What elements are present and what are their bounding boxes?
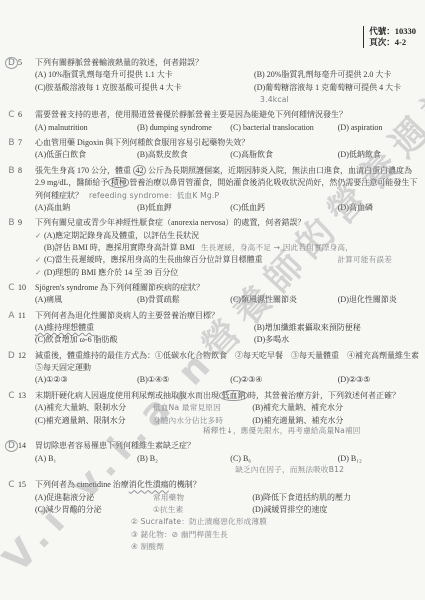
check-mark <box>35 242 44 254</box>
handwritten-note: 常用藥物 <box>153 492 252 504</box>
option-c: (C)減少胃酸的分泌 <box>35 504 153 516</box>
pencil-underlined-text: 消化性潰瘍 <box>129 480 169 489</box>
handwritten-note: ③ 鉍化物：⊘ 幽門桿菌生長 <box>131 529 420 541</box>
option-b: (B)低血鉀 <box>137 202 228 214</box>
option-b: (B)降低下食道括約肌的壓力 <box>252 492 420 504</box>
answer-mark: C <box>5 390 18 437</box>
option-b: (B) dumping syndrome <box>137 122 228 134</box>
option-c: (C)高脂飲食 <box>230 149 335 161</box>
check-mark: ✓ <box>35 267 44 279</box>
answer-mark: B <box>5 165 18 214</box>
option-a: (A)①②③ <box>35 374 135 386</box>
option-a: (A)應定期記錄身高及體重，以評估生長狀況 <box>44 230 199 242</box>
exam-content: D 5 下列有關靜脈營養輸液熱量的敘述，何者錯誤？ (A) 10%脂質乳劑每毫升… <box>0 0 425 600</box>
option-a: (A)高血鈉 <box>35 202 135 214</box>
question-stem: 下列有關兒童或青少年神經性厭食症（anorexia nervosa）的處置，何者… <box>35 217 420 229</box>
handwritten-note: ④ 制酸劑 <box>131 541 420 553</box>
exam-scan-page: V.i.v.i.a.n營養師的營養週記 代號：10330 頁次：4-2 D 5 … <box>0 0 425 600</box>
option-d: (D)葡萄糖溶液每 1 克葡萄糖可提供 4 大卡3.4kcal <box>254 82 420 107</box>
question-number: 13 <box>18 390 35 437</box>
question-9: B 9 下列有關兒童或青少年神經性厭食症（anorexia nervosa）的處… <box>5 217 420 278</box>
question-number: 8 <box>18 165 35 214</box>
option-a: (A) malnutrition <box>35 122 135 134</box>
option-b: (B) B₂ <box>137 453 228 465</box>
option-b: (B)補充大量鈉、補充水分 <box>252 402 420 414</box>
option-c: (C)②③④ <box>230 374 335 386</box>
option-d: (D)低鈉飲食 <box>338 149 420 161</box>
question-10: C 10 Sjögren's syndrome 為下列何種關節疾病的症狀？ (A… <box>5 282 420 307</box>
option-d: (D)理想的 BMI 應介於 14 至 39 百分位 <box>44 267 178 279</box>
question-stem: Sjögren's syndrome 為下列何種關節疾病的症狀？ <box>35 282 420 294</box>
handwritten-notes-block: ② Sucralfate：防止潰瘍惡化形成薄膜 ③ 鉍化物：⊘ 幽門桿菌生長 ④… <box>131 516 420 553</box>
question-number: 11 <box>18 310 35 347</box>
option-a: (A)促進黏液分泌 <box>35 492 153 504</box>
check-mark: ✓ <box>35 230 44 242</box>
answer-mark: B <box>5 217 18 278</box>
option-c: (C)胺基酸溶液每 1 克胺基酸可提供 4 大卡 <box>35 82 254 107</box>
option-a: (A)低蛋白飲食 <box>35 149 135 161</box>
question-6: C 6 需要營養支持的患者，使用腸道營養優於靜脈營養主要是因為能避免下列何種情況… <box>5 109 420 134</box>
pencil-circled-text: 積極 <box>108 177 129 188</box>
option-d: (D)退化性關節炎 <box>338 294 420 306</box>
answer-mark: B <box>5 137 18 162</box>
answer-mark: C <box>5 479 18 553</box>
option-d: (D)高血磷 <box>338 202 420 214</box>
pencil-circled-text: 42 <box>133 165 146 176</box>
question-number: 5 <box>18 57 35 106</box>
answer-mark: D <box>5 57 18 69</box>
option-d: (D) B₁₂ <box>338 453 420 465</box>
question-stem: 減重後，體重維持的最佳方式為：①低碳水化合物飲食 ②每天吃早餐 ③每天量體重 ④… <box>35 350 420 375</box>
option-b: (B)高麩皮飲食 <box>137 149 228 161</box>
option-a: (A)維持理想體重 <box>35 322 254 334</box>
question-stem: 心血管用藥 Digoxin 與下列何種飲食服用容易引起藥物失效？ <box>35 137 420 149</box>
option-b: (B)骨質疏鬆 <box>137 294 228 306</box>
option-c: (C)低血鈣 <box>230 202 335 214</box>
option-d: (D) aspiration <box>338 122 420 134</box>
question-number: 15 <box>18 479 35 553</box>
answer-mark: C <box>5 282 18 307</box>
question-number: 6 <box>18 109 35 134</box>
option-c: (C) bacterial translocation <box>230 122 335 134</box>
answer-mark: A <box>5 310 18 347</box>
option-a: (A) B₁ <box>35 453 135 465</box>
option-b: (B) 20%脂質乳劑每毫升可提供 2.0 大卡 <box>254 69 420 81</box>
question-number: 12 <box>18 350 35 387</box>
option-c: (C)當生長遲緩時，應採用身高的生長曲線百分位計算目標體重 <box>44 254 263 266</box>
question-14: D 14 胃切除患者容易罹患下列何種維生素缺乏症？ (A) B₁ (B) B₂ … <box>5 440 420 476</box>
option-d: (D)②③⑤ <box>338 374 420 386</box>
handwritten-note: ①抗生素 <box>153 504 252 516</box>
option-b: (B)①④⑤ <box>137 374 228 386</box>
handwritten-note: 3.4kcal <box>260 95 289 104</box>
answer-mark: D <box>5 350 18 387</box>
option-d: (D)減緩胃排空的速度 <box>252 504 420 516</box>
option-a: (A)補充大量鈉、限制水分 <box>35 402 153 414</box>
option-c: (C)類風濕性關節炎 <box>230 294 335 306</box>
option-b: (B)增加纖維素攝取來預防便秘 <box>254 322 420 334</box>
question-11: A 11 下列何者為退化性關節炎病人的主要營養治療目標？ (A)維持理想體重 (… <box>5 310 420 347</box>
question-5: D 5 下列有關靜脈營養輸液熱量的敘述，何者錯誤？ (A) 10%脂質乳劑每毫升… <box>5 57 420 106</box>
check-mark: ✓ <box>35 254 44 266</box>
option-b: (B)評估 BMI 時，應採用實際身高計算 BMI <box>44 242 195 254</box>
question-15: C 15 下列何者為 cimetidine 治療消化性潰瘍的機制？ (A)促進黏… <box>5 479 420 553</box>
option-a: (A)痛風 <box>35 294 135 306</box>
question-stem: 下列有關靜脈營養輸液熱量的敘述，何者錯誤？ <box>35 57 420 69</box>
question-stem: 下列何者為退化性關節炎病人的主要營養治療目標？ <box>35 310 420 322</box>
option-c: (C)飲食增加 ω-6 脂肪酸 <box>35 334 254 346</box>
question-stem: 末期肝硬化病人因過度使用利尿劑或抽取腹水而出現低血鈉時，其營養治療方針，下列敘述… <box>35 390 420 402</box>
question-number: 10 <box>18 282 35 307</box>
question-7: B 7 心血管用藥 Digoxin 與下列何種飲食服用容易引起藥物失效？ (A)… <box>5 137 420 162</box>
answer-mark: D <box>5 440 18 452</box>
pencil-circled-text: 低血鈉 <box>219 390 248 401</box>
option-c: (C)補充適量鈉、限制水分 <box>35 415 153 427</box>
option-d: (D)多喝水 <box>254 334 420 346</box>
handwritten-note: 低血Na 最常見原因 <box>153 402 252 414</box>
option-a: (A) 10%脂質乳劑每毫升可提供 1.1 大卡 <box>35 69 254 81</box>
question-13: C 13 末期肝硬化病人因過度使用利尿劑或抽取腹水而出現低血鈉時，其營養治療方針… <box>5 390 420 437</box>
handwritten-note: 生長遲緩，身高不足 → 因此若用實際身高， <box>201 242 353 254</box>
question-number: 14 <box>18 440 35 476</box>
handwritten-note: 缺乏內在因子，而無法吸收B12 <box>235 464 420 476</box>
question-stem: 下列何者為 cimetidine 治療消化性潰瘍的機制？ <box>35 479 420 491</box>
handwritten-note: ② Sucralfate：防止潰瘍惡化形成薄膜 <box>131 516 420 528</box>
question-number: 7 <box>18 137 35 162</box>
question-stem: 胃切除患者容易罹患下列何種維生素缺乏症？ <box>35 440 420 452</box>
answer-mark: C <box>5 109 18 134</box>
handwritten-note: 計算可能有誤差 <box>337 254 392 266</box>
question-stem: 張先生身高 170 公分，體重 42 公斤為長期照護個案，近期因肺炎入院，無法由… <box>35 165 420 202</box>
handwritten-note: refeeding syndrome：低血K Mg.P <box>89 191 219 200</box>
question-stem: 需要營養支持的患者，使用腸道營養優於靜脈營養主要是因為能避免下列何種情況發生？ <box>35 109 420 121</box>
question-number: 9 <box>18 217 35 278</box>
question-12: D 12 減重後，體重維持的最佳方式為：①低碳水化合物飲食 ②每天吃早餐 ③每天… <box>5 350 420 387</box>
question-8: B 8 張先生身高 170 公分，體重 42 公斤為長期照護個案，近期因肺炎入院… <box>5 165 420 214</box>
